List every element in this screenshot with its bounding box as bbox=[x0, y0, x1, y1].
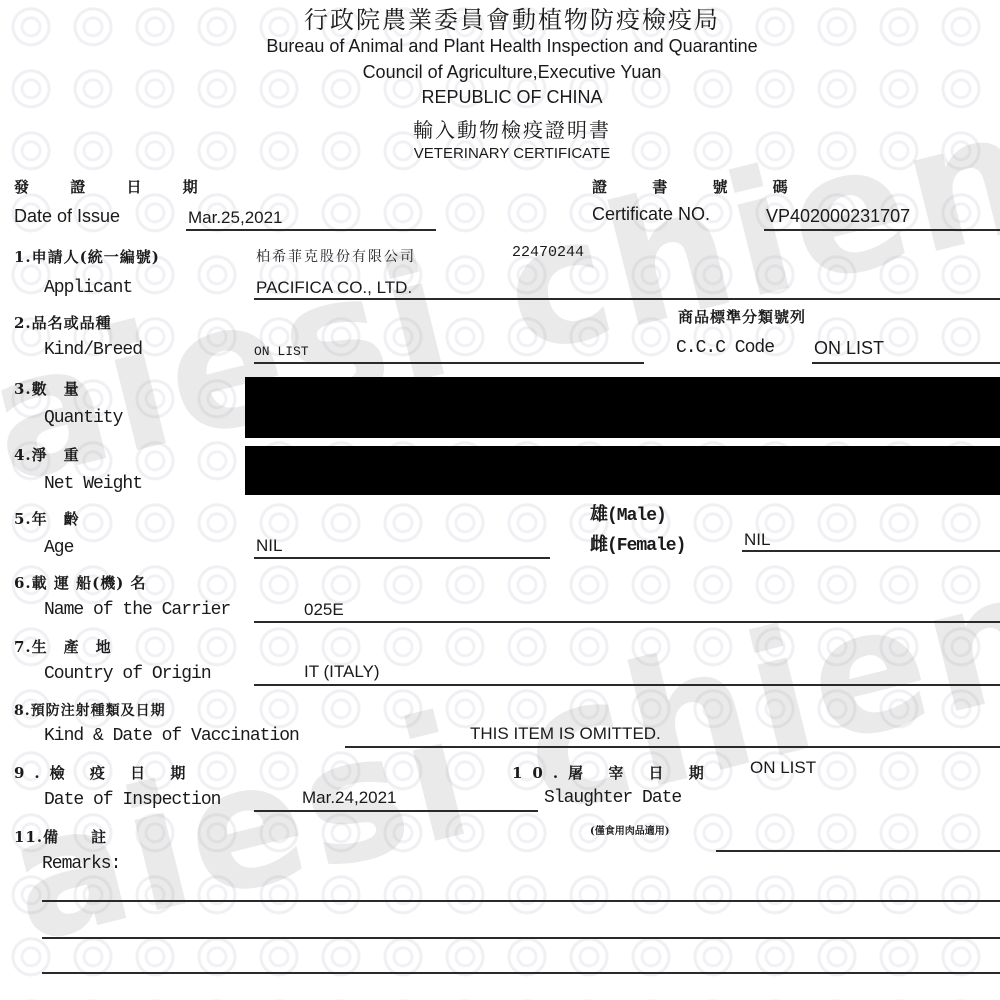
underline bbox=[716, 850, 1000, 852]
net-weight-redaction bbox=[245, 446, 1000, 495]
remarks-line bbox=[42, 972, 1000, 974]
underline bbox=[812, 362, 1000, 364]
slaughter-label: Slaughter Date bbox=[544, 788, 681, 808]
kind-breed-label: Kind/Breed bbox=[44, 340, 142, 360]
applicant-label: Applicant bbox=[44, 278, 132, 298]
applicant-name-zh: 柏希菲克股份有限公司 bbox=[256, 246, 416, 266]
origin-value: IT (ITALY) bbox=[304, 662, 380, 682]
underline bbox=[254, 298, 1000, 300]
inspection-value: Mar.24,2021 bbox=[302, 788, 397, 808]
certificate-no-label: Certificate NO. bbox=[592, 204, 710, 225]
inspection-label: Date of Inspection bbox=[44, 790, 220, 810]
underline bbox=[764, 229, 1000, 231]
vaccination-label-zh: 8.預防注射種類及日期 bbox=[14, 700, 166, 720]
underline bbox=[742, 550, 1000, 552]
origin-label: Country of Origin bbox=[44, 664, 211, 684]
kind-breed-label-zh: 2.品名或品種 bbox=[14, 312, 112, 333]
remarks-line bbox=[42, 900, 1000, 902]
country-name: REPUBLIC OF CHINA bbox=[0, 87, 1000, 108]
underline bbox=[254, 557, 550, 559]
underline bbox=[254, 684, 1000, 686]
document-title-en: VETERINARY CERTIFICATE bbox=[0, 145, 1000, 162]
applicant-tax-id: 22470244 bbox=[512, 244, 584, 261]
agency-name-en: Bureau of Animal and Plant Health Inspec… bbox=[0, 36, 1000, 57]
slaughter-note: (僅食用肉品適用) bbox=[590, 822, 669, 837]
slaughter-value: ON LIST bbox=[750, 758, 816, 778]
date-of-issue-label-zh: 發 證 日 期 bbox=[14, 176, 216, 197]
female-value: NIL bbox=[744, 530, 770, 550]
carrier-label-zh: 6.載 運 船(機) 名 bbox=[14, 572, 147, 593]
carrier-value: 025E bbox=[304, 600, 344, 620]
certificate-no-label-zh: 證 書 號 碼 bbox=[592, 176, 808, 197]
vaccination-value: THIS ITEM IS OMITTED. bbox=[470, 724, 661, 744]
underline bbox=[345, 746, 1000, 748]
carrier-label: Name of the Carrier bbox=[44, 600, 230, 620]
remarks-line bbox=[42, 937, 1000, 939]
female-label: 雌(Female) bbox=[590, 530, 685, 556]
quantity-label-zh: 3.數 量 bbox=[14, 378, 80, 399]
net-weight-label-zh: 4.淨 重 bbox=[14, 444, 80, 465]
date-of-issue-label: Date of Issue bbox=[14, 206, 120, 227]
ccc-code-label: C.C.C Code bbox=[676, 338, 774, 358]
inspection-label-zh: 9.檢 疫 日 期 bbox=[14, 762, 195, 783]
kind-breed-value: ON LIST bbox=[254, 344, 309, 359]
document-title-zh: 輸入動物檢疫證明書 bbox=[0, 114, 1000, 143]
underline bbox=[254, 621, 1000, 623]
quantity-redaction bbox=[245, 377, 1000, 438]
applicant-label-zh: 1.申請人(統一編號) bbox=[14, 246, 160, 267]
ccc-code-label-zh: 商品標準分類號列 bbox=[678, 306, 806, 327]
date-of-issue-value: Mar.25,2021 bbox=[188, 208, 283, 228]
underline bbox=[254, 362, 644, 364]
remarks-label: Remarks: bbox=[42, 854, 120, 874]
veterinary-certificate: 行政院農業委員會動植物防疫檢疫局 Bureau of Animal and Pl… bbox=[0, 0, 1000, 1000]
underline bbox=[186, 229, 436, 231]
certificate-no-value: VP402000231707 bbox=[766, 206, 910, 227]
age-label-zh: 5.年 齡 bbox=[14, 508, 80, 529]
council-name: Council of Agriculture,Executive Yuan bbox=[0, 62, 1000, 83]
agency-name-zh: 行政院農業委員會動植物防疫檢疫局 bbox=[0, 0, 1000, 35]
origin-label-zh: 7.生 產 地 bbox=[14, 636, 112, 657]
slaughter-label-zh: 10.屠 宰 日 期 bbox=[512, 762, 714, 783]
age-label: Age bbox=[44, 538, 73, 558]
vaccination-label: Kind & Date of Vaccination bbox=[44, 726, 299, 746]
remarks-label-zh: 11.備 註 bbox=[14, 826, 107, 847]
underline bbox=[254, 810, 538, 812]
net-weight-label: Net Weight bbox=[44, 474, 142, 494]
applicant-name-en: PACIFICA CO., LTD. bbox=[256, 278, 412, 298]
male-label: 雄(Male) bbox=[590, 500, 666, 526]
quantity-label: Quantity bbox=[44, 408, 122, 428]
ccc-code-value: ON LIST bbox=[814, 338, 884, 359]
age-value: NIL bbox=[256, 536, 282, 556]
